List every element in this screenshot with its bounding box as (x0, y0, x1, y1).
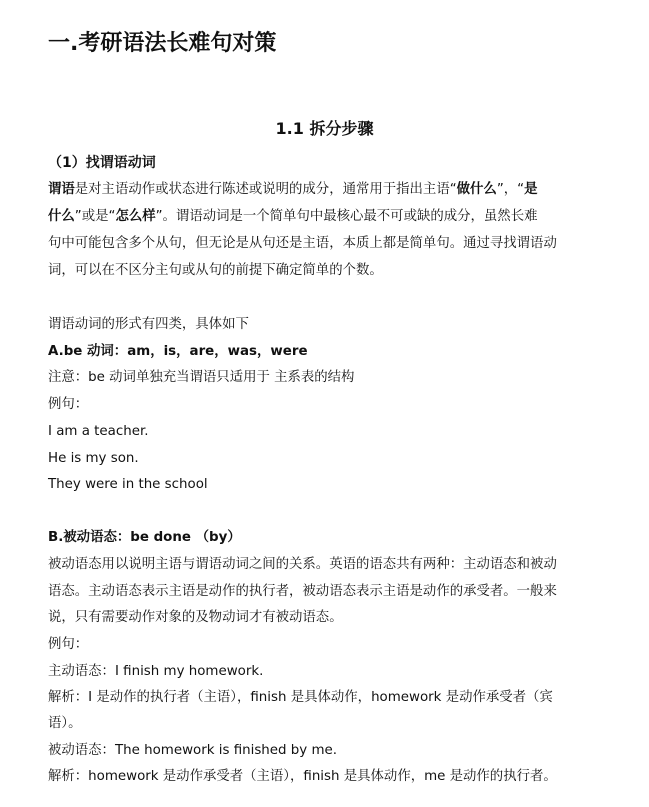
section-title: 1.1 拆分步骤 (0, 116, 649, 139)
text: ”。谓语动词是一个简单句中最核心最不可或缺的成分，虽然长难 (156, 209, 538, 224)
intro-line-2: 什么”或是“怎么样”。谓语动词是一个简单句中最核心最不可或缺的成分，虽然长难 (48, 207, 537, 227)
part-a-note: 注意：be 动词单独充当谓语只适用于 主系表的结构 (48, 368, 354, 388)
active-analysis-line: 语）。 (48, 714, 81, 734)
part-b-examples-label: 例句： (48, 635, 88, 655)
active-analysis-line: 解析：I 是动作的执行者（主语），finish 是具体动作，homework 是… (48, 688, 553, 708)
document-page: 一.考研语法长难句对策 1.1 拆分步骤 （1）找谓语动词 谓语是对主语动作或状… (0, 0, 649, 807)
passive-analysis: 解析：homework 是动作承受者（主语），finish 是具体动作，me 是… (48, 767, 557, 787)
example-sentence: They were in the school (48, 475, 208, 495)
example-sentence: He is my son. (48, 449, 139, 469)
document-title: 一.考研语法长难句对策 (48, 26, 276, 57)
text: “ (450, 182, 457, 197)
part-a-examples-label: 例句： (48, 395, 88, 415)
text: ”或是“ (75, 209, 116, 224)
intro-line-3: 句中可能包含多个从句，但无论是从句还是主语，本质上都是简单句。通过寻找谓语动 (48, 234, 557, 254)
bold-term: 怎么样 (115, 209, 155, 224)
passive-voice-example: 被动语态：The homework is finished by me. (48, 741, 337, 761)
text: 是对主语动作或状态进行陈述或说明的成分，通常用于指出主语 (75, 182, 450, 197)
example-sentence: I am a teacher. (48, 422, 149, 442)
part-b-heading: B.被动语态：be done （by） (48, 528, 241, 548)
text: ”，“ (497, 182, 524, 197)
part-b-paragraph-line: 语态。主动语态表示主语是动作的执行者，被动语态表示主语是动作的承受者。一般来 (48, 582, 557, 602)
part-b-paragraph-line: 被动语态用以说明主语与谓语动词之间的关系。英语的语态共有两种：主动语态和被动 (48, 555, 557, 575)
bold-term: 做什么 (457, 182, 497, 197)
bold-term: 是 (524, 182, 537, 197)
bold-term: 什么 (48, 209, 75, 224)
intro-line-4: 词，可以在不区分主句或从句的前提下确定简单的个数。 (48, 261, 383, 281)
active-voice-example: 主动语态：I finish my homework. (48, 662, 263, 682)
bold-term: 谓语 (48, 182, 75, 197)
part-a-heading: A.be 动词：am，is，are，was，were (48, 342, 308, 362)
subsection-title: （1）找谓语动词 (48, 153, 156, 173)
intro-line-1: 谓语是对主语动作或状态进行陈述或说明的成分，通常用于指出主语“做什么”，“是 (48, 180, 537, 200)
part-b-paragraph-line: 说，只有需要动作对象的及物动词才有被动语态。 (48, 608, 343, 628)
forms-intro: 谓语动词的形式有四类，具体如下 (48, 315, 249, 335)
